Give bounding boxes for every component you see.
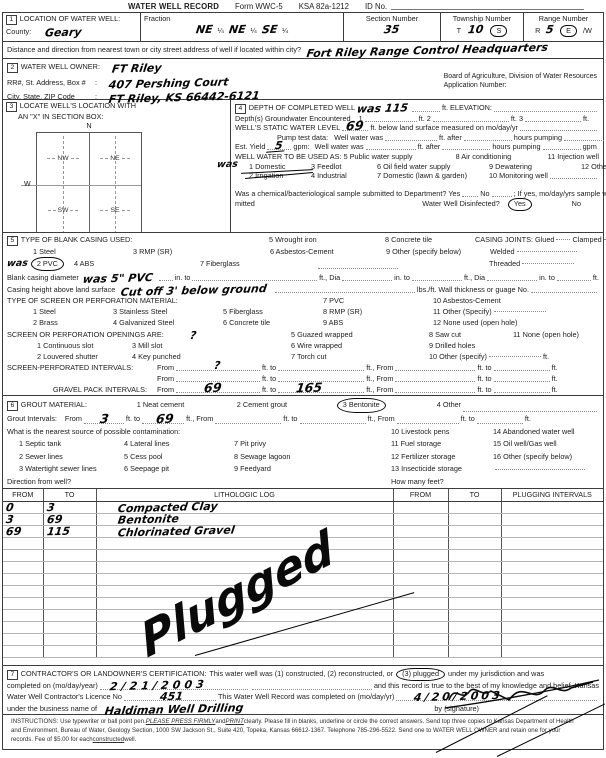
blank: [477, 423, 523, 424]
blank: [397, 423, 459, 424]
option: 12 Fertilizer storage: [391, 451, 493, 464]
blank: 451: [124, 700, 216, 701]
option: 11 Other (Specify): [433, 307, 492, 316]
instructions-text: and: [215, 717, 225, 726]
ft-from: ft., From: [366, 373, 393, 384]
blank: [494, 111, 597, 112]
casing-joints-label: CASING JOINTS: Glued: [475, 235, 554, 244]
blank: [433, 121, 509, 122]
depth-title: DEPTH OF COMPLETED WELL: [249, 103, 355, 113]
ft-to: ft. to: [283, 413, 297, 426]
fraction-label: Fraction: [144, 14, 170, 24]
option: 10 Other (specify): [429, 352, 487, 361]
blank: [543, 149, 581, 150]
blank: [462, 196, 478, 197]
use-title: WELL WATER TO BE USED AS:: [235, 152, 344, 162]
sample-no: No: [480, 189, 489, 199]
blank: [318, 268, 398, 269]
blank: [517, 251, 577, 252]
section-owner: 2WATER WELL OWNER:FT Riley RR#, St. Addr…: [2, 58, 604, 100]
blank: 165: [278, 392, 364, 393]
gw-2: ft. 2: [419, 114, 431, 124]
instructions-text: records. Fee of $5.00 for each: [11, 735, 93, 744]
log-to: 115: [46, 526, 71, 538]
gw-3: ft. 3: [511, 114, 523, 124]
option: 4 Galvanized Steel: [113, 317, 223, 328]
blank: [192, 280, 317, 281]
log-row: [3, 598, 603, 610]
option: 10 Asbestos-Cement: [433, 295, 599, 306]
option: 7 Fiberglass: [200, 258, 316, 269]
ft-from: ft., From: [186, 413, 213, 426]
threaded-label: Threaded: [489, 259, 520, 268]
instructions-block: INSTRUCTIONS: Use typewriter or ball poi…: [2, 714, 604, 750]
township-s-circled: S: [490, 25, 507, 38]
hours-pumping: hours pumping: [492, 142, 540, 152]
ft-from: ft., From: [366, 362, 393, 373]
section-number-badge: 7: [7, 670, 18, 680]
option: 10 Livestock pens: [391, 426, 493, 439]
log-row: [3, 610, 603, 622]
static-level-tail: ft. below land surface measured on mo/da…: [370, 123, 518, 133]
option: 11 Injection well: [548, 152, 599, 162]
instructions-emphasis: constructed: [93, 735, 125, 744]
option: 6 Wire wrapped: [291, 340, 429, 351]
openings-question-mark: ?: [189, 330, 197, 341]
compass-w: W: [24, 181, 31, 188]
blank: ?: [176, 370, 260, 371]
township-value: 10: [467, 23, 484, 34]
section-lithologic-log: FROM TO LITHOLOGIC LOG FROM TO PLUGGING …: [2, 488, 604, 666]
licence-label: Water Well Contractor's Licence No: [7, 692, 122, 703]
gravel-pack-label: GRAVEL PACK INTERVALS:: [7, 384, 157, 395]
bentonite-circled: 3 Bentonite: [337, 398, 386, 414]
grout-title: GROUT MATERIAL:: [21, 399, 137, 412]
option: 7 Domestic (lawn & garden): [377, 171, 489, 181]
depth-value: was 115: [356, 102, 409, 114]
blank: [494, 311, 546, 312]
option: 12 None used (open hole): [433, 317, 599, 328]
water-well-record-form: WATER WELL RECORD Form WWC-5 KSA 82a-121…: [0, 0, 606, 758]
completed-on-label: completed on (mo/day/year): [7, 681, 98, 692]
record-completed-label: This Water Well Record was completed on …: [218, 692, 394, 703]
sample-question-wrap: mitted: [235, 199, 255, 209]
quarter-dash-line: [63, 136, 64, 234]
board-of-agriculture-block: Board of Agriculture, Division of Water …: [444, 72, 597, 90]
blank: [522, 263, 574, 264]
option: 3 Mill slot: [132, 340, 162, 351]
option: 3 Watertight sewer lines: [19, 463, 124, 476]
section-number-badge: 1: [6, 15, 17, 25]
sample-question-tail: ; If yes, mo/day/yrs sample was sub-: [514, 189, 606, 199]
gpm-label: gpm: [583, 142, 597, 152]
option: 5 Public water supply: [344, 152, 456, 162]
col-header-to: TO: [448, 489, 501, 502]
blank: [520, 130, 597, 131]
range-w: /W: [583, 26, 592, 36]
groundwater-label: Depth(s) Groundwater Encountered: [235, 114, 351, 124]
licence-value: 451: [159, 690, 184, 702]
hours-pumping: hours pumping: [514, 133, 562, 143]
option: 3 Feedlot: [311, 162, 377, 172]
option: 2 Irrigation: [249, 171, 311, 181]
fraction-value: NE: [195, 23, 213, 34]
township-t: T: [457, 26, 461, 36]
ft-to: ft. to: [262, 384, 276, 395]
compass-n: N: [86, 121, 91, 131]
option: 12 Other (Specify below): [581, 162, 606, 172]
clamped-label: Clamped: [572, 235, 601, 244]
quarter-dash-line: [115, 136, 116, 234]
blank: [412, 111, 440, 112]
well-water-was: Well water was: [315, 142, 364, 152]
option: 8 Air conditioning: [456, 152, 548, 162]
county-value: Geary: [44, 27, 82, 39]
signature-scrawl: [443, 678, 601, 710]
range-value: 5: [546, 23, 555, 34]
was-annotation: was: [6, 258, 28, 268]
option: 11 None (open hole): [513, 329, 599, 340]
quad-sw: SW: [58, 207, 69, 214]
option: 2 Louvered shutter: [37, 351, 132, 362]
statute: KSA 82a-1212: [299, 2, 349, 11]
board-line: Board of Agriculture, Division of Water …: [444, 72, 597, 81]
ft-dia: ft., Dia: [464, 272, 485, 283]
blank: 69: [176, 392, 260, 393]
instructions-emphasis: PLEASE PRESS FIRMLY: [146, 717, 216, 726]
section-casing: 5TYPE OF BLANK CASING USED:5 Wrought iro…: [2, 232, 604, 396]
option: 8 RMP (SR): [323, 306, 433, 317]
section-certification: 7CONTRACTOR'S OR LANDOWNER'S CERTIFICATI…: [2, 665, 604, 715]
option: 1 Steel: [33, 306, 113, 317]
ft-to: ft. to: [461, 413, 475, 426]
range-e-circled: E: [560, 25, 577, 38]
log-from: 69: [5, 526, 22, 537]
instructions-text: clearly. Please fill in blanks, underlin…: [244, 717, 574, 726]
blank: [159, 280, 173, 281]
disinfected-no: No: [572, 199, 581, 209]
option: 4 Industrial: [311, 171, 377, 181]
gpm-colon: gpm:: [293, 142, 309, 152]
certification-text: This water well was (1) constructed, (2)…: [209, 669, 393, 680]
from-label: From: [65, 413, 82, 426]
welded-label: Welded: [490, 247, 515, 256]
owner-title: WATER WELL OWNER:: [21, 62, 100, 72]
option: 1 Domestic: [249, 162, 311, 172]
blank: [557, 280, 591, 281]
section-number-badge: 5: [7, 236, 18, 246]
log-row: [3, 634, 603, 646]
application-number-label: Application Number:: [444, 81, 597, 90]
option: 6 Asbestos-Cement: [270, 246, 386, 257]
how-many-feet-question: How many feet?: [391, 476, 599, 489]
ft-label: ft.: [552, 384, 558, 395]
well-water-was: Well water was: [334, 133, 383, 143]
option: 9 Other (specify below): [386, 246, 476, 257]
ft-label: ft.: [543, 352, 549, 361]
ft-to: ft. to: [262, 362, 276, 373]
owner-value: FT Riley: [111, 62, 162, 74]
blank: [494, 392, 550, 393]
ft-to: ft. to: [477, 373, 491, 384]
quarter-mark: ¼: [218, 26, 224, 36]
ft-to: ft. to: [477, 384, 491, 395]
ft-to: ft. to: [262, 373, 276, 384]
option: 1 Steel: [33, 246, 133, 257]
ft-label: ft.: [525, 413, 531, 426]
locate-title-2: AN "X" IN SECTION BOX:: [18, 112, 103, 122]
instructions-emphasis: PRINT: [226, 717, 244, 726]
blank: [489, 356, 541, 357]
direction-question: Direction from well?: [7, 476, 71, 489]
col-header-lithologic-log: LITHOLOGIC LOG: [96, 489, 393, 502]
wall-thickness-label: lbs./ft. Wall thickness or guage No.: [417, 284, 529, 295]
form-number: Form WWC-5: [235, 2, 283, 11]
instructions-text: well.: [124, 735, 136, 744]
blank: [550, 178, 597, 179]
option: 13 Insecticide storage: [391, 463, 493, 476]
section-location: 1LOCATION OF WATER WELL: County:Geary Fr…: [2, 12, 604, 59]
ft-after: ft. after: [439, 133, 462, 143]
blank: [395, 381, 475, 382]
option: 14 Abandoned water well: [493, 426, 599, 439]
static-level-value: 69: [345, 120, 364, 133]
section-box-hline: [21, 185, 141, 186]
option: 2 Sewer lines: [19, 451, 124, 464]
fraction-value: NE: [228, 23, 246, 34]
est-yield-label: Est. Yield: [235, 142, 265, 152]
blank: [275, 292, 415, 293]
option: 6 Concrete tile: [223, 317, 270, 328]
option: 5 Wrought iron: [269, 234, 385, 245]
ft-to: ft. to: [126, 413, 140, 426]
section-number-badge: 2: [7, 63, 18, 73]
option: 7 Pit privy: [234, 438, 266, 451]
option: 11 Other (Specify): [433, 306, 599, 317]
from-label: From: [157, 373, 174, 384]
sample-question: Was a chemical/bacteriological sample su…: [235, 189, 460, 199]
log-desc: Chlorinated Gravel: [117, 525, 235, 539]
quarter-mark: ¼: [282, 26, 288, 36]
openings-title: SCREEN OR PERFORATION OPENINGS ARE:: [7, 329, 164, 340]
blank: [525, 121, 581, 122]
distance-label: Distance and direction from nearest town…: [7, 45, 301, 55]
grout-intervals-label: Grout Intervals:: [7, 413, 57, 426]
blank: [487, 280, 537, 281]
section-locate-and-depth: 3LOCATE WELL'S LOCATION WITH AN "X" IN S…: [2, 99, 604, 233]
option: 10 Monitoring well: [489, 171, 548, 181]
col-header-plugging-intervals: PLUGGING INTERVALS: [501, 489, 603, 502]
blank: [492, 196, 512, 197]
option: 5 Fiberglass: [223, 306, 263, 317]
blank: 5: [267, 149, 291, 150]
quad-se: SE: [110, 207, 119, 214]
in-to: in. to: [394, 272, 410, 283]
blank: [365, 121, 417, 122]
blank: [252, 689, 372, 690]
blank: [395, 392, 475, 393]
blank: [342, 280, 392, 281]
log-row: 03Compacted Clay: [3, 502, 603, 514]
section-depth: 4DEPTH OF COMPLETED WELLwas 115ft. ELEVA…: [231, 100, 603, 232]
option: 3 Bentonite: [343, 400, 380, 409]
blank: [463, 411, 597, 412]
option: 2 PVC: [37, 259, 58, 268]
option: 15 Oil well/Gas well: [493, 438, 599, 451]
option: 3 Bentonite: [337, 398, 437, 414]
static-level-label: WELL'S STATIC WATER LEVEL: [235, 123, 340, 133]
address-label: RR#, St. Address, Box #: [7, 78, 95, 88]
option: 9 Feedyard: [234, 463, 271, 476]
option: 7 PVC: [323, 295, 433, 306]
was-annotation: was: [216, 159, 238, 169]
blank-casing-diameter-label: Blank casing diameter: [7, 272, 79, 283]
option: 5 Cess pool: [124, 451, 234, 464]
blank: [494, 381, 550, 382]
blank: [215, 423, 281, 424]
option: 6 Oil field water supply: [377, 162, 489, 172]
completed-date-value: 2/21/2003: [109, 679, 208, 693]
ft-label: ft.: [552, 362, 558, 373]
ft-from: ft., From: [366, 384, 393, 395]
blank: [494, 370, 550, 371]
option: 9 ABS: [323, 317, 433, 328]
address-value: 407 Pershing Court: [108, 76, 229, 90]
log-row: 369Bentonite: [3, 514, 603, 526]
quad-nw: NW: [57, 155, 68, 162]
option: 8 Sewage lagoon: [234, 451, 290, 464]
option: 11 Fuel storage: [391, 438, 493, 451]
option: 4 ABS: [74, 258, 200, 269]
option: 1 Neat cement: [137, 399, 237, 412]
colon: :: [95, 78, 97, 88]
ft-to: ft. to: [477, 362, 491, 373]
log-desc: Bentonite: [117, 513, 179, 526]
option: 4 Key punched: [132, 351, 181, 362]
casing-pvc-circled: 2 PVC: [31, 257, 64, 271]
ft-label: ft.: [593, 272, 599, 283]
blank: [385, 140, 437, 141]
pump-test-label: Pump test data:: [277, 133, 328, 143]
option: 8 Concrete tile: [385, 234, 475, 245]
contamination-question: What is the nearest source of possible c…: [7, 426, 180, 439]
disinfected-yes-circled: Yes: [508, 198, 532, 211]
section-locate: 3LOCATE WELL'S LOCATION WITH AN "X" IN S…: [3, 100, 231, 232]
option: 1 Continuous slot: [37, 340, 132, 351]
in-to: in. to: [539, 272, 555, 283]
log-to: 69: [46, 514, 63, 525]
county-label: County:: [6, 27, 31, 37]
casing-height-value: Cut off 3' below ground: [120, 283, 267, 298]
grout-to-value: 69: [155, 412, 174, 425]
ft-label: ft.: [583, 114, 589, 124]
instructions-text: INSTRUCTIONS: Use typewriter or ball poi…: [11, 717, 146, 726]
blank: [556, 239, 570, 240]
section-number-badge: 6: [7, 401, 18, 411]
section-number-badge: 4: [235, 104, 246, 114]
log-from: 0: [5, 502, 14, 513]
blank: [442, 149, 490, 150]
grout-from-value: 3: [99, 412, 109, 425]
blank: [531, 292, 597, 293]
section-number-badge: 3: [6, 102, 17, 112]
option: 4 Lateral lines: [124, 438, 234, 451]
option: 10 Other (specify)ft.: [429, 351, 599, 362]
in-to: in. to: [175, 272, 191, 283]
option: 16 Other (specify below): [493, 451, 599, 464]
option: 5 Guazed wrapped: [291, 329, 429, 340]
range-r: R: [535, 26, 540, 36]
ft-dia: ft., Dia: [319, 272, 340, 283]
option: 8 Saw cut: [429, 329, 513, 340]
log-to: 3: [46, 502, 55, 513]
blank: [564, 140, 604, 141]
gravel-pack-to-value: 165: [295, 381, 323, 394]
from-label: From: [157, 362, 174, 373]
blank: [366, 149, 416, 150]
ft-after: ft. after: [418, 142, 441, 152]
log-from: 3: [5, 514, 14, 525]
col-header-from: FROM: [3, 489, 43, 502]
ft-label: ft.: [552, 373, 558, 384]
option: 9 Dewatering: [489, 162, 581, 172]
log-row: [3, 646, 603, 658]
blank: 3: [84, 423, 124, 424]
ft-from: ft., From: [368, 413, 395, 426]
col-header-to: TO: [43, 489, 96, 502]
blank: [300, 423, 366, 424]
option: 2 Cement grout: [237, 399, 337, 412]
id-label: ID No.: [365, 2, 387, 11]
blank: [495, 469, 585, 470]
blank: [464, 140, 512, 141]
blank: 69: [142, 423, 184, 424]
section-grout: 6GROUT MATERIAL:1 Neat cement2 Cement gr…: [2, 395, 604, 489]
blank: 69: [342, 130, 368, 131]
option: 6 Seepage pit: [124, 463, 234, 476]
from-label: From: [157, 384, 174, 395]
id-blank: [391, 9, 584, 10]
blank: [278, 370, 364, 371]
option: 9 Drilled holes: [429, 340, 599, 351]
form-title: WATER WELL RECORD: [128, 2, 219, 11]
quarter-mark: ¼: [250, 26, 256, 36]
col-header-from: FROM: [393, 489, 448, 502]
option: 3 Stainless Steel: [113, 306, 223, 317]
disinfected-label: Water Well Disinfected?: [422, 199, 499, 209]
option: 7 Torch cut: [291, 351, 429, 362]
gravel-pack-from-value: 69: [203, 381, 222, 394]
section-title: LOCATION OF WATER WELL:: [20, 14, 120, 24]
option: 4 Other: [437, 399, 461, 412]
option: 1 Septic tank: [19, 438, 124, 451]
casing-diameter-value: was 5" PVC: [82, 272, 154, 285]
screen-intervals-label: SCREEN-PERFORATED INTERVALS:: [7, 362, 157, 373]
quad-ne: NE: [110, 155, 119, 162]
blank: [412, 280, 462, 281]
section-number-value: 35: [384, 23, 401, 34]
distance-value: Fort Riley Range Control Headquarters: [306, 42, 549, 59]
form-header: WATER WELL RECORD Form WWC-5 KSA 82a-121…: [0, 0, 606, 12]
plugged-option-circled: (3) plugged: [396, 668, 445, 682]
screen-interval-from-value: ?: [213, 360, 221, 371]
option: 2 Brass: [33, 317, 113, 328]
blank: [395, 370, 475, 371]
elevation-label: ft. ELEVATION:: [442, 103, 492, 113]
fraction-value: SE: [261, 23, 278, 34]
est-yield-value: 5: [275, 140, 284, 151]
casing-title: TYPE OF BLANK CASING USED:: [21, 234, 133, 245]
